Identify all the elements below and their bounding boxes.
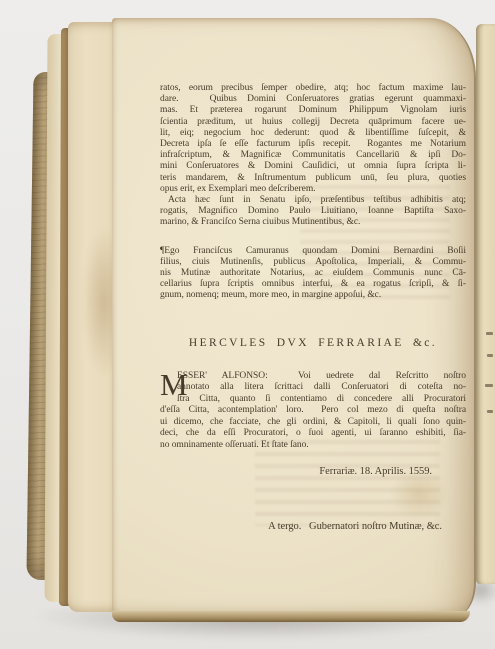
text-line: ui dicemo, che facciate, che gli ordini,…: [160, 417, 466, 429]
photo-background: ratos, eorum precibus ſemper obedire, at…: [0, 0, 495, 649]
next-page-text-fragment: [487, 354, 493, 357]
paragraph-latin-1: ratos, eorum precibus ſemper obedire, at…: [160, 83, 466, 229]
text-line-content: ESSER' ALFONSO: Voi uedrete dal Reſcritt…: [177, 371, 466, 381]
text-line: rogatis, Magnifico Domino Paulo Liuitian…: [160, 206, 466, 217]
text-line: teris mandarem, & Inſtrumentum publicum …: [160, 173, 466, 184]
next-page-edge: [476, 24, 495, 584]
paragraph-italian: MESSER' ALFONSO: Voi uedrete dal Reſcrit…: [160, 371, 466, 452]
text-line: Acta hæc ſunt in Senatu ipſo, præſentibu…: [160, 195, 466, 206]
text-line: no omninamente oſſeruati. Et ſtate ſano.: [160, 440, 466, 452]
text-line: deci, che da eſſi Procuratori, o ſuoi ag…: [160, 428, 466, 440]
book-bottom-edge: [112, 611, 470, 622]
next-page-text-fragment: [487, 410, 493, 413]
paragraph-latin-2: ¶Ego Franciſcus Camuranus quondam Domini…: [160, 246, 466, 302]
text-line: cellarius ſupra ſcriptis omnibus interfu…: [160, 279, 466, 290]
text-line: lit, eiq; negocium hoc dederunt: quod & …: [160, 128, 466, 139]
text-line: ſcientia præditum, ut huius collegij Dec…: [160, 117, 466, 128]
text-line: annotato alla litera ſcrittaci dalli Con…: [160, 382, 466, 394]
text-line: Decreta ipſa ſe eſſe facturum ipſis rece…: [160, 139, 466, 150]
address-line: A tergo. Gubernatori noſtro Mutinæ, &c.: [160, 521, 466, 533]
text-line: MESSER' ALFONSO: Voi uedrete dal Reſcrit…: [160, 371, 466, 383]
heading-hercules-dux-ferrariae: HERCVLES DVX FERRARIAE &c.: [160, 337, 466, 349]
text-line: ¶Ego Franciſcus Camuranus quondam Domini…: [160, 246, 466, 257]
drop-cap-m: M: [160, 371, 177, 404]
text-line: marino, & Franciſco Serna ciuibus Mutine…: [160, 217, 466, 228]
text-line: nis Mutinæ authoritate Notarius, ac eiuſ…: [160, 268, 466, 279]
text-line: filius, ciuis Mutinenſis, publicus Apoſt…: [160, 257, 466, 268]
text-line: mas. Et præterea rogarunt Dominum Philip…: [160, 105, 466, 116]
next-page-text-fragment: [485, 384, 493, 387]
text-line: ſtra Citta, quanto ſi contentiamo di con…: [160, 394, 466, 406]
text-line: ratos, eorum precibus ſemper obedire, at…: [160, 83, 466, 94]
page-text: ratos, eorum precibus ſemper obedire, at…: [160, 83, 466, 533]
dateline: Ferrariæ. 18. Aprilis. 1559.: [160, 466, 466, 478]
text-line: opus erit, ex Exemplari meo deſcriberem.: [160, 184, 466, 195]
text-line: infraſcriptum, & Magnificæ Communitatis …: [160, 150, 466, 161]
text-line: mini Conſeruatores & Domini Cauſidici, u…: [160, 161, 466, 172]
text-line: dare. Quibus Domini Conſeruatores gratia…: [160, 94, 466, 105]
next-page-text-fragment: [486, 332, 493, 335]
text-line: gnum, nomenq; meum, more meo, in margine…: [160, 290, 466, 301]
text-line: d'eſſa Citta, acontemplation' loro. Pero…: [160, 405, 466, 417]
